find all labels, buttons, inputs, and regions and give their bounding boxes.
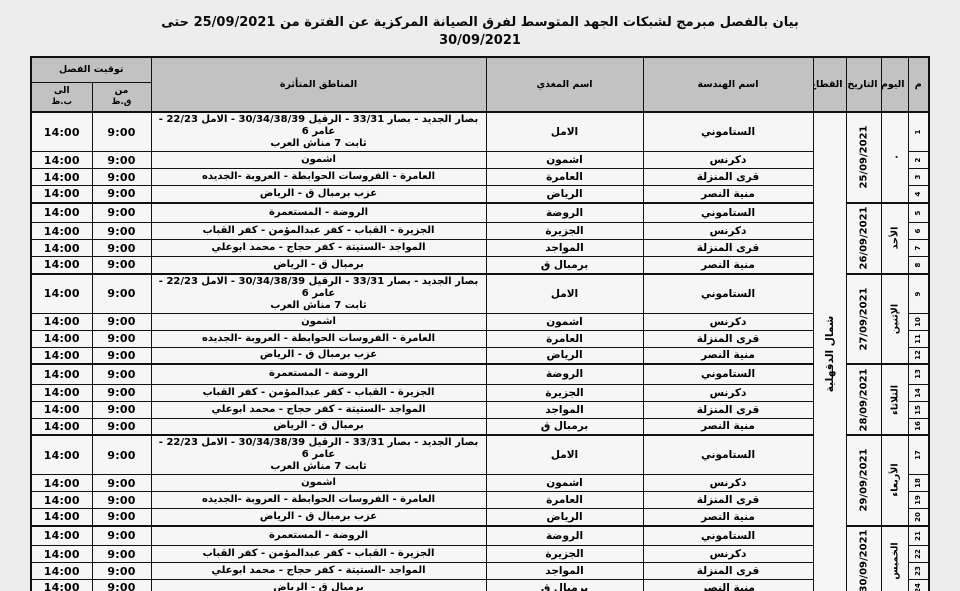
areas-cell: المواجد -الستيتة - كفر حجاج - محمد ابوعل… [151,240,486,257]
table-row: 3قرى المنزلةالعامرةالعامرة - الفروسات ال… [31,169,929,186]
feeder-cell: المواجد [486,240,643,257]
time-to-cell: 14:00 [31,152,92,169]
time-to-cell: 14:00 [31,492,92,509]
feeder-cell: العامرة [486,330,643,347]
time-from-cell: 9:00 [92,418,151,435]
row-number-cell: 21 [908,526,929,546]
feeder-cell: اشمون [486,475,643,492]
row-number-cell: 19 [908,492,929,509]
day-cell-text: الأحد [889,227,900,250]
row-number-cell: 5 [908,203,929,223]
areas-cell: عزب برمبال ق - الرياض [151,186,486,203]
feeder-cell: برمبال ق [486,418,643,435]
row-number-cell-text: 1 [914,130,922,135]
engineering-cell: دكرنس [643,223,813,240]
time-from-cell: 9:00 [92,223,151,240]
time-from-cell: 9:00 [92,330,151,347]
table-row: 24منية النصربرمبال قبرمبال ق - الرياض9:0… [31,580,929,591]
day-cell: . [881,112,908,203]
areas-cell: برمبال ق - الرياض [151,580,486,591]
row-number-cell-text: 22 [914,549,922,559]
time-to-cell: 14:00 [31,313,92,330]
engineering-cell: دكرنس [643,313,813,330]
feeder-cell: المواجد [486,401,643,418]
day-cell: الخميس [881,526,908,591]
feeder-cell: الرياض [486,347,643,364]
table-row: 16منية النصربرمبال قبرمبال ق - الرياض9:0… [31,418,929,435]
table-row: 8منية النصربرمبال قبرمبال ق - الرياض9:00… [31,257,929,274]
row-number-cell: 13 [908,364,929,384]
areas-cell: الروضة - المستعمرة [151,526,486,546]
sector-cell-text: شمال الدقهلية [824,316,836,392]
feeder-cell: الامل [486,435,643,475]
row-number-cell: 14 [908,384,929,401]
time-from-cell: 9:00 [92,240,151,257]
table-row: 7قرى المنزلةالمواجدالمواجد -الستيتة - كف… [31,240,929,257]
engineering-cell: منية النصر [643,186,813,203]
row-number-cell: 18 [908,475,929,492]
areas-cell: المواجد -الستيتة - كفر حجاج - محمد ابوعل… [151,401,486,418]
engineering-cell: دكرنس [643,384,813,401]
table-row: 23قرى المنزلةالمواجدالمواجد -الستيتة - ك… [31,563,929,580]
areas-cell: بصار الجديد - بصار 33/31 - الرقيل 30/34/… [151,112,486,152]
feeder-cell: العامرة [486,492,643,509]
row-number-cell: 24 [908,580,929,591]
areas-cell: الجزيرة - القباب - كفر عبدالمؤمن - كفر ا… [151,223,486,240]
row-number-cell-text: 13 [914,369,922,379]
engineering-cell: الستاموني [643,435,813,475]
row-number-cell: 11 [908,330,929,347]
row-number-cell: 8 [908,257,929,274]
time-from-cell: 9:00 [92,509,151,526]
areas-cell: المواجد -الستيتة - كفر حجاج - محمد ابوعل… [151,563,486,580]
feeder-cell: اشمون [486,152,643,169]
time-from-cell: 9:00 [92,526,151,546]
table-row: 4منية النصرالرياضعزب برمبال ق - الرياض9:… [31,186,929,203]
row-number-cell-text: 2 [914,158,922,163]
day-cell: الثلاثاء [881,364,908,435]
row-number-cell-text: 15 [914,405,922,415]
header-day: اليوم [881,57,908,112]
day-cell-text: . [889,156,900,160]
row-number-cell: 3 [908,169,929,186]
feeder-cell: الرياض [486,186,643,203]
header-time-from-label: من [115,86,129,96]
time-to-cell: 14:00 [31,401,92,418]
day-cell: الأحد [881,203,908,274]
areas-cell: عزب برمبال ق - الرياض [151,347,486,364]
row-number-cell-text: 17 [914,450,922,460]
time-from-cell: 9:00 [92,401,151,418]
row-number-cell: 22 [908,546,929,563]
time-to-cell: 14:00 [31,418,92,435]
date-cell-text: 29/09/2021 [858,449,869,512]
date-cell: 29/09/2021 [846,435,881,526]
row-number-cell-text: 14 [914,388,922,398]
areas-cell: الروضة - المستعمرة [151,203,486,223]
engineering-cell: قرى المنزلة [643,492,813,509]
row-number-cell-text: 11 [914,334,922,344]
time-from-cell: 9:00 [92,186,151,203]
day-cell: الإثنين [881,274,908,365]
time-to-cell: 14:00 [31,546,92,563]
table-row: 20منية النصرالرياضعزب برمبال ق - الرياض9… [31,509,929,526]
time-to-cell: 14:00 [31,169,92,186]
feeder-cell: الامل [486,274,643,314]
time-to-cell: 14:00 [31,384,92,401]
header-areas: المناطق المتأثرة [151,57,486,112]
table-row: 22دكرنسالجزيرةالجزيرة - القباب - كفر عبد… [31,546,929,563]
time-from-cell: 9:00 [92,546,151,563]
table-row: 2دكرنساشموناشمون9:0014:00 [31,152,929,169]
feeder-cell: اشمون [486,313,643,330]
date-cell: 26/09/2021 [846,203,881,274]
day-cell-text: الإثنين [889,304,900,334]
date-cell: 25/09/2021 [846,112,881,203]
row-number-cell-text: 18 [914,478,922,488]
date-cell-text: 26/09/2021 [858,207,869,270]
areas-cell: الجزيرة - القباب - كفر عبدالمؤمن - كفر ا… [151,384,486,401]
table-row: 11قرى المنزلةالعامرةالعامرة - الفروسات ا… [31,330,929,347]
feeder-cell: الروضة [486,526,643,546]
header-time-to-unit: ب.ظ [51,97,72,107]
feeder-cell: المواجد [486,563,643,580]
table-row: 10دكرنساشموناشمون9:0014:00 [31,313,929,330]
time-from-cell: 9:00 [92,112,151,152]
date-cell-text: 30/09/2021 [858,530,869,591]
engineering-cell: قرى المنزلة [643,401,813,418]
row-number-cell: 2 [908,152,929,169]
table-row: 6دكرنسالجزيرةالجزيرة - القباب - كفر عبدا… [31,223,929,240]
areas-cell: الروضة - المستعمرة [151,364,486,384]
row-number-cell: 1 [908,112,929,152]
header-row-number: م [908,57,929,112]
row-number-cell-text: 24 [914,583,922,591]
header-time-to-label: الى [54,86,70,96]
engineering-cell: دكرنس [643,546,813,563]
sector-cell: شمال الدقهلية [813,112,846,591]
header-time-to: الى ب.ظ [31,83,92,113]
day-cell-text: الثلاثاء [889,385,900,415]
areas-cell: برمبال ق - الرياض [151,257,486,274]
engineering-cell: الستاموني [643,364,813,384]
table-row: 9الإثنين27/09/2021الستامونيالاملبصار الج… [31,274,929,314]
time-from-cell: 9:00 [92,347,151,364]
table-row: 1.25/09/2021شمال الدقهليةالستامونيالاملب… [31,112,929,152]
time-from-cell: 9:00 [92,313,151,330]
engineering-cell: الستاموني [643,526,813,546]
table-row: 19قرى المنزلةالعامرةالعامرة - الفروسات ا… [31,492,929,509]
document-page: بيان بالفصل مبرمج لشبكات الجهد المتوسط ل… [0,0,960,591]
time-to-cell: 14:00 [31,203,92,223]
feeder-cell: الامل [486,112,643,152]
header-sector: القطاع [813,57,846,112]
feeder-cell: الرياض [486,509,643,526]
time-from-cell: 9:00 [92,274,151,314]
row-number-cell-text: 9 [914,291,922,296]
day-cell-text: الخميس [889,542,900,579]
header-time-from: من ق.ظ [92,83,151,113]
time-from-cell: 9:00 [92,257,151,274]
row-number-cell: 17 [908,435,929,475]
areas-cell: برمبال ق - الرياض [151,418,486,435]
row-number-cell: 10 [908,313,929,330]
row-number-cell-text: 3 [914,175,922,180]
row-number-cell: 9 [908,274,929,314]
engineering-cell: منية النصر [643,257,813,274]
engineering-cell: منية النصر [643,580,813,591]
time-to-cell: 14:00 [31,563,92,580]
time-to-cell: 14:00 [31,274,92,314]
engineering-cell: قرى المنزلة [643,563,813,580]
areas-cell: بصار الجديد - بصار 33/31 - الرقيل 30/34/… [151,435,486,475]
row-number-cell-text: 10 [914,317,922,327]
date-cell-text: 27/09/2021 [858,287,869,350]
header-time-from-unit: ق.ظ [112,97,132,107]
areas-cell: اشمون [151,475,486,492]
table-row: 21الخميس30/09/2021الستامونيالروضةالروضة … [31,526,929,546]
feeder-cell: برمبال ق [486,257,643,274]
row-number-cell-text: 4 [914,191,922,196]
feeder-cell: الجزيرة [486,223,643,240]
row-number-cell-text: 16 [914,421,922,431]
row-number-cell: 7 [908,240,929,257]
date-cell: 27/09/2021 [846,274,881,365]
header-timing: توقيت الفصل [31,57,151,83]
time-to-cell: 14:00 [31,364,92,384]
row-number-cell: 6 [908,223,929,240]
table-row: 18دكرنساشموناشمون9:0014:00 [31,475,929,492]
title-line2: 30/09/2021 [439,33,521,48]
areas-cell: العامرة - الفروسات الحوابطة - العروبة -ا… [151,492,486,509]
time-to-cell: 14:00 [31,580,92,591]
time-to-cell: 14:00 [31,223,92,240]
engineering-cell: قرى المنزلة [643,240,813,257]
header-date: التاريخ [846,57,881,112]
row-number-cell-text: 6 [914,229,922,234]
feeder-cell: الجزيرة [486,546,643,563]
table-row: 17الأربعاء29/09/2021الستامونيالاملبصار ا… [31,435,929,475]
document-title: بيان بالفصل مبرمج لشبكات الجهد المتوسط ل… [0,0,960,49]
areas-cell: العامرة - الفروسات الحوابطة - العروبة -ا… [151,169,486,186]
table-row: 13الثلاثاء28/09/2021الستامونيالروضةالروض… [31,364,929,384]
time-from-cell: 9:00 [92,563,151,580]
engineering-cell: الستاموني [643,274,813,314]
time-from-cell: 9:00 [92,435,151,475]
date-cell: 30/09/2021 [846,526,881,591]
time-to-cell: 14:00 [31,435,92,475]
row-number-cell: 12 [908,347,929,364]
table-row: 15قرى المنزلةالمواجدالمواجد -الستيتة - ك… [31,401,929,418]
areas-cell: عزب برمبال ق - الرياض [151,509,486,526]
feeder-cell: الروضة [486,364,643,384]
feeder-cell: برمبال ق [486,580,643,591]
day-cell-text: الأربعاء [889,464,900,497]
engineering-cell: قرى المنزلة [643,169,813,186]
time-to-cell: 14:00 [31,257,92,274]
time-to-cell: 14:00 [31,509,92,526]
row-number-cell: 20 [908,509,929,526]
time-from-cell: 9:00 [92,203,151,223]
date-cell-text: 25/09/2021 [858,126,869,189]
engineering-cell: منية النصر [643,347,813,364]
row-number-cell: 16 [908,418,929,435]
engineering-cell: منية النصر [643,509,813,526]
feeder-cell: الجزيرة [486,384,643,401]
time-from-cell: 9:00 [92,384,151,401]
row-number-cell-text: 19 [914,495,922,505]
areas-cell: اشمون [151,313,486,330]
day-cell: الأربعاء [881,435,908,526]
time-to-cell: 14:00 [31,347,92,364]
row-number-cell: 23 [908,563,929,580]
time-to-cell: 14:00 [31,330,92,347]
areas-cell: العامرة - الفروسات الحوابطة - العروبة -ا… [151,330,486,347]
engineering-cell: دكرنس [643,475,813,492]
row-number-cell: 15 [908,401,929,418]
time-from-cell: 9:00 [92,364,151,384]
outage-schedule-table: م اليوم التاريخ القطاع اسم الهندسة اسم ا… [30,56,930,591]
time-from-cell: 9:00 [92,492,151,509]
time-from-cell: 9:00 [92,475,151,492]
engineering-cell: دكرنس [643,152,813,169]
row-number-cell-text: 23 [914,566,922,576]
time-to-cell: 14:00 [31,112,92,152]
areas-cell: بصار الجديد - بصار 33/31 - الرقيل 30/34/… [151,274,486,314]
title-line1: بيان بالفصل مبرمج لشبكات الجهد المتوسط ل… [161,15,799,30]
feeder-cell: العامرة [486,169,643,186]
row-number-cell-text: 21 [914,531,922,541]
row-number-cell-text: 5 [914,210,922,215]
row-number-cell: 4 [908,186,929,203]
row-number-cell-text: 20 [914,512,922,522]
header-feeder: اسم المغذي [486,57,643,112]
feeder-cell: الروضة [486,203,643,223]
engineering-cell: الستاموني [643,112,813,152]
row-number-cell-text: 8 [914,262,922,267]
table-row: 5الأحد26/09/2021الستامونيالروضةالروضة - … [31,203,929,223]
time-to-cell: 14:00 [31,475,92,492]
engineering-cell: الستاموني [643,203,813,223]
table-row: 14دكرنسالجزيرةالجزيرة - القباب - كفر عبد… [31,384,929,401]
time-to-cell: 14:00 [31,240,92,257]
time-from-cell: 9:00 [92,152,151,169]
engineering-cell: قرى المنزلة [643,330,813,347]
engineering-cell: منية النصر [643,418,813,435]
table-row: 12منية النصرالرياضعزب برمبال ق - الرياض9… [31,347,929,364]
areas-cell: اشمون [151,152,486,169]
time-to-cell: 14:00 [31,526,92,546]
row-number-cell-text: 7 [914,246,922,251]
header-engineering: اسم الهندسة [643,57,813,112]
row-number-cell-text: 12 [914,350,922,360]
time-from-cell: 9:00 [92,169,151,186]
time-from-cell: 9:00 [92,580,151,591]
time-to-cell: 14:00 [31,186,92,203]
date-cell: 28/09/2021 [846,364,881,435]
date-cell-text: 28/09/2021 [858,368,869,431]
areas-cell: الجزيرة - القباب - كفر عبدالمؤمن - كفر ا… [151,546,486,563]
